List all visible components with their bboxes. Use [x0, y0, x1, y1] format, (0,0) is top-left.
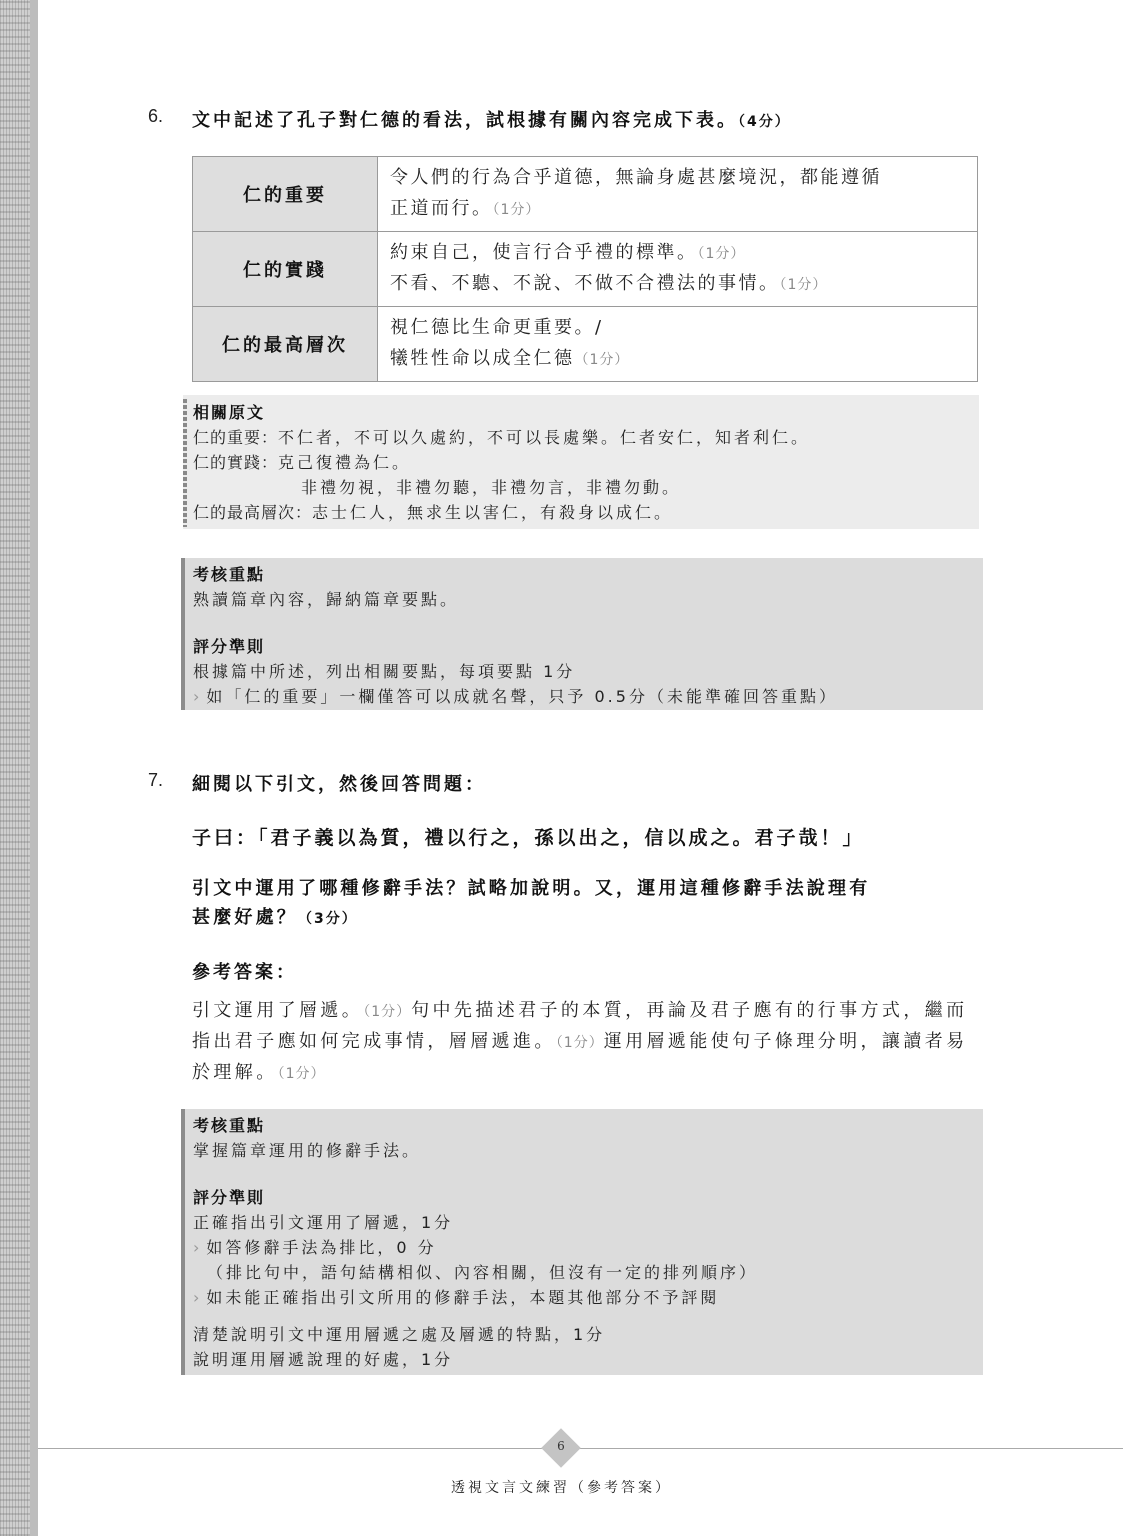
related-text-box: 相關原文 仁的重要：不仁者，不可以久處約，不可以長處樂。仁者安仁，知者利仁。 仁…	[183, 395, 979, 529]
mark-text: （1分）	[556, 1035, 604, 1051]
table-label-cell: 仁的實踐	[193, 232, 378, 307]
table-label-cell: 仁的重要	[193, 157, 378, 232]
criteria-text: 如「仁的重要」一欄僅答可以成就名聲，只予 0.5分（未能準確回答重點）	[206, 687, 838, 706]
criteria-line: 正確指出引文運用了層遞，1分	[193, 1210, 983, 1235]
focus-text: 掌握篇章運用的修辭手法。	[193, 1138, 983, 1163]
answer-title: 參考答案：	[192, 958, 297, 984]
related-quote: 克己復禮為仁。	[278, 453, 411, 472]
table-content-line: 不看、不聽、不說、不做不合禮法的事情。（1分）	[390, 269, 965, 300]
content-text: 令人們的行為合乎道德，無論身處甚麼境況，都能遵循	[390, 167, 882, 188]
page-spine-texture	[0, 0, 30, 1536]
chevron-right-icon: ›	[193, 1288, 202, 1307]
criteria-line: ›如「仁的重要」一欄僅答可以成就名聲，只予 0.5分（未能準確回答重點）	[193, 684, 983, 709]
criteria-text: 如未能正確指出引文所用的修辭手法，本題其他部分不予評閱	[206, 1288, 719, 1307]
criteria-title: 評分準則	[193, 634, 983, 659]
criteria-title: 評分準則	[193, 1185, 983, 1210]
focus-text: 熟讀篇章內容，歸納篇章要點。	[193, 587, 983, 612]
criteria-line: ›如答修辭手法為排比，0 分	[193, 1235, 983, 1260]
dashed-border-decoration	[183, 399, 187, 527]
related-quote: 不仁者，不可以久處約，不可以長處樂。仁者安仁，知者利仁。	[278, 428, 810, 447]
mark-text: （1分）	[278, 1066, 326, 1082]
related-key: 仁的重要：	[193, 428, 278, 447]
mark-text: （1分）	[575, 352, 630, 368]
reference-answer: 引文運用了層遞。（1分）句中先描述君子的本質，再論及君子應有的行事方式，繼而指出…	[192, 996, 982, 1089]
question-6-number: 6.	[148, 106, 163, 127]
table-content-line: 犧牲性命以成全仁德（1分）	[390, 344, 965, 375]
assessment-content: 考核重點 掌握篇章運用的修辭手法。 評分準則 正確指出引文運用了層遞，1分 ›如…	[185, 1109, 983, 1372]
related-text-line: 仁的實踐：克己復禮為仁。	[193, 450, 810, 475]
question-7-line-2-text: 甚麼好處？	[192, 907, 298, 928]
criteria-line: 說明運用層遞說理的好處，1分	[193, 1347, 983, 1372]
assessment-box-q7: 考核重點 掌握篇章運用的修辭手法。 評分準則 正確指出引文運用了層遞，1分 ›如…	[181, 1109, 983, 1375]
mark-text: （1分）	[493, 202, 541, 218]
content-text: 約束自己，使言行合乎禮的標準。	[390, 242, 698, 263]
answer-table: 仁的重要 令人們的行為合乎道德，無論身處甚麼境況，都能遵循 正道而行。（1分） …	[192, 156, 978, 382]
criteria-line: 清楚說明引文中運用層遞之處及層遞的特點，1分	[193, 1322, 983, 1347]
chevron-right-icon: ›	[193, 687, 202, 706]
question-7-line-1: 引文中運用了哪種修辭手法？試略加說明。又，運用這種修辭手法說理有	[192, 874, 870, 903]
related-text-lines: 相關原文 仁的重要：不仁者，不可以久處約，不可以長處樂。仁者安仁，知者利仁。 仁…	[193, 400, 810, 525]
question-7-prompt: 細閱以下引文，然後回答問題：	[192, 770, 486, 796]
criteria-line: 根據篇中所述，列出相關要點，每項要點 1分	[193, 659, 983, 684]
assessment-box-q6: 考核重點 熟讀篇章內容，歸納篇章要點。 評分準則 根據篇中所述，列出相關要點，每…	[181, 558, 983, 710]
question-7-number: 7.	[148, 770, 163, 791]
mark-text: （1分）	[780, 277, 828, 293]
content-text: 正道而行。	[390, 198, 493, 219]
assessment-content: 考核重點 熟讀篇章內容，歸納篇章要點。 評分準則 根據篇中所述，列出相關要點，每…	[185, 558, 983, 709]
table-content-cell: 令人們的行為合乎道德，無論身處甚麼境況，都能遵循 正道而行。（1分）	[378, 157, 978, 232]
table-content-cell: 約束自己，使言行合乎禮的標準。（1分） 不看、不聽、不說、不做不合禮法的事情。（…	[378, 232, 978, 307]
question-7-line-2: 甚麼好處？（3分）	[192, 903, 358, 934]
content-text: 視仁德比生命更重要。/	[390, 317, 604, 338]
page-number: 6	[547, 1439, 575, 1453]
question-6-prompt: 文中記述了孔子對仁德的看法，試根據有關內容完成下表。（4分）	[192, 106, 791, 132]
related-text-title: 相關原文	[193, 400, 810, 425]
table-label-cell: 仁的最高層次	[193, 307, 378, 382]
mark-text: （1分）	[363, 1004, 411, 1020]
related-text-line: 非禮勿視，非禮勿聽，非禮勿言，非禮勿動。	[193, 475, 810, 500]
table-row: 仁的重要 令人們的行為合乎道德，無論身處甚麼境況，都能遵循 正道而行。（1分）	[193, 157, 978, 232]
page-spine-edge	[30, 0, 38, 1536]
criteria-text: 如答修辭手法為排比，0 分	[206, 1238, 436, 1257]
content-text: 犧牲性命以成全仁德	[390, 348, 575, 369]
classical-quote: 子曰：「君子義以為質，禮以行之，孫以出之，信以成之。君子哉！」	[192, 823, 865, 850]
content-text: 不看、不聽、不說、不做不合禮法的事情。	[390, 273, 780, 294]
table-content-line: 令人們的行為合乎道德，無論身處甚麼境況，都能遵循	[390, 163, 965, 194]
table-content-line: 約束自己，使言行合乎禮的標準。（1分）	[390, 238, 965, 269]
footer-book-title: 透視文言文練習（參考答案）	[0, 1477, 1123, 1497]
question-6-marks: （4分）	[738, 114, 791, 130]
related-quote: 非禮勿視，非禮勿聽，非禮勿言，非禮勿動。	[301, 478, 681, 497]
question-6-prompt-text: 文中記述了孔子對仁德的看法，試根據有關內容完成下表。	[192, 110, 738, 131]
focus-title: 考核重點	[193, 562, 983, 587]
criteria-line: ›如未能正確指出引文所用的修辭手法，本題其他部分不予評閱	[193, 1285, 983, 1310]
mark-text: （1分）	[698, 246, 746, 262]
chevron-right-icon: ›	[193, 1238, 202, 1257]
related-quote: 志士仁人，無求生以害仁，有殺身以成仁。	[312, 503, 673, 522]
related-text-line: 仁的重要：不仁者，不可以久處約，不可以長處樂。仁者安仁，知者利仁。	[193, 425, 810, 450]
related-key: 仁的實踐：	[193, 453, 278, 472]
table-content-line: 正道而行。（1分）	[390, 194, 965, 225]
focus-title: 考核重點	[193, 1113, 983, 1138]
table-row: 仁的實踐 約束自己，使言行合乎禮的標準。（1分） 不看、不聽、不說、不做不合禮法…	[193, 232, 978, 307]
table-content-line: 視仁德比生命更重要。/	[390, 313, 965, 344]
table-content-cell: 視仁德比生命更重要。/ 犧牲性命以成全仁德（1分）	[378, 307, 978, 382]
question-7-marks: （3分）	[298, 911, 358, 927]
related-text-line: 仁的最高層次：志士仁人，無求生以害仁，有殺身以成仁。	[193, 500, 810, 525]
table-row: 仁的最高層次 視仁德比生命更重要。/ 犧牲性命以成全仁德（1分）	[193, 307, 978, 382]
answer-text: 引文運用了層遞。	[192, 1000, 363, 1021]
related-key: 仁的最高層次：	[193, 503, 312, 522]
criteria-line: （排比句中，語句結構相似、內容相關，但沒有一定的排列順序）	[193, 1260, 983, 1285]
